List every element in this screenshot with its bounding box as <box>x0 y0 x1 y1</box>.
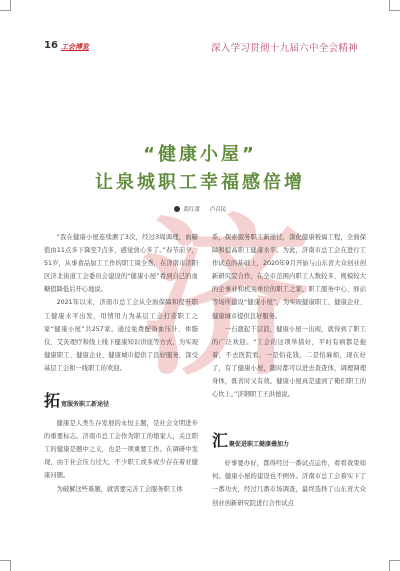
page-header: 16 工会博览 深入学习贯彻十九届六中全会精神 <box>44 40 358 54</box>
article-title: “健康小屋” 让泉城职工幸福感倍增 <box>0 143 400 195</box>
subheading-text: 宽服务职工新途径 <box>61 401 109 409</box>
crop-mark-top-right <box>389 0 400 11</box>
crop-mark-bottom-right <box>389 560 400 571</box>
paragraph: 为破解这些难题，就需要完善工会服务职工体 <box>44 483 198 496</box>
crop-mark-top-left <box>0 0 11 11</box>
author-1: 葛红蕾 <box>183 207 200 213</box>
paragraph: “我在健康小屋连续测了3次，经过3周调理，血糖值由11点多下降至7点多，感觉放心… <box>44 231 198 296</box>
crop-mark-bottom-left <box>0 560 11 571</box>
paragraph: 系，探索服务职工新途径，深化健康税福工程，全面保障和提高职工健康水平。为此，济南… <box>212 231 366 323</box>
page-number: 16 <box>44 40 58 51</box>
subheading-initial: 汇 <box>212 433 228 449</box>
subheading-expand-service: 拓 宽服务职工新途径 <box>44 393 198 409</box>
paragraph: 2021年以来，济南市总工会从全面保障和提升职工健康水平出发，用情用力为基层工会… <box>44 296 198 375</box>
subheading-text: 聚促进职工健康叠加力 <box>229 441 289 449</box>
title-line-2: 让泉城职工幸福感倍增 <box>0 171 400 195</box>
paragraph: 一石激起千层浪，健康小屋一出现，就得到了职工的广泛欢迎。“工会的这项举措好，平时… <box>212 323 366 402</box>
byline: 葛红蕾 卢召民 <box>0 205 400 213</box>
section-title: 深入学习贯彻十九届六中全会精神 <box>211 40 358 54</box>
subheading-gather-force: 汇 聚促进职工健康叠加力 <box>212 433 366 449</box>
right-column: 系，探索服务职工新途径，深化健康税福工程，全面保障和提高职工健康水平。为此，济南… <box>212 231 366 510</box>
magazine-name: 工会博览 <box>61 42 89 52</box>
paragraph: 好事要办好，都得经过一番试点运作，看看效果如何。健康小屋的建设也不例外。济南市总… <box>212 457 366 509</box>
subheading-initial: 拓 <box>44 393 60 409</box>
paragraph: 健康是人类生存发展的永恒主题，是社会文明进步的重要标志。济南市总工会作为职工的娘… <box>44 417 198 482</box>
author-bullet-icon <box>174 206 180 212</box>
author-2: 卢召民 <box>210 207 227 213</box>
left-column: “我在健康小屋连续测了3次，经过3周调理，血糖值由11点多下降至7点多，感觉放心… <box>44 231 198 496</box>
title-line-1: “健康小屋” <box>0 143 400 167</box>
